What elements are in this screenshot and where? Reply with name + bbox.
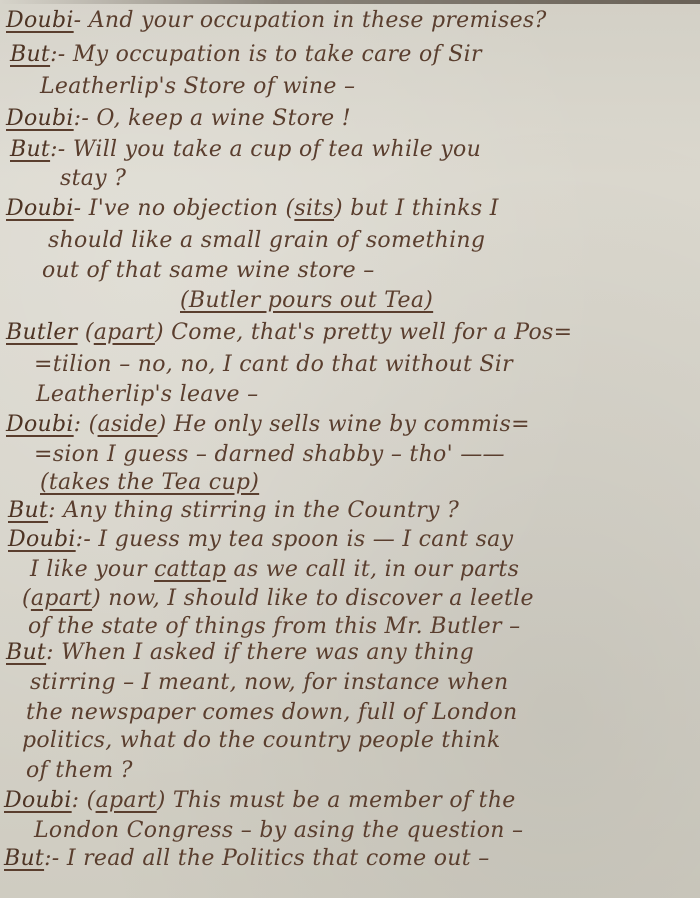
line-text: of the state of things from this Mr. But… bbox=[28, 614, 520, 639]
dialogue-line: But:- Will you take a cup of tea while y… bbox=[10, 137, 481, 162]
dialogue-line: should like a small grain of something bbox=[48, 228, 485, 253]
dialogue-line: =sion I guess – darned shabby – tho' —— bbox=[34, 442, 505, 467]
stage-direction: (takes the Tea cup) bbox=[40, 470, 259, 495]
line-text: I like your bbox=[30, 557, 154, 582]
underlined-word: cattap bbox=[154, 557, 226, 582]
dialogue-line: I like your cattap as we call it, in our… bbox=[30, 557, 519, 582]
dialogue-line: stay ? bbox=[60, 166, 126, 191]
line-text: of them ? bbox=[26, 758, 133, 783]
separator: - bbox=[74, 8, 89, 33]
line-text: ) but I thinks I bbox=[334, 196, 499, 221]
dialogue-line: politics, what do the country people thi… bbox=[22, 728, 500, 753]
speaker-name: Butler bbox=[6, 320, 78, 345]
speaker-name: Doubi bbox=[8, 527, 76, 552]
stage-direction: aside bbox=[98, 412, 158, 437]
manuscript-page: Doubi- And your occupation in these prem… bbox=[0, 0, 700, 898]
paren-open: ( bbox=[22, 586, 31, 611]
line-text: =tilion – no, no, I cant do that without… bbox=[34, 352, 513, 377]
dialogue-line: Doubi- I've no objection (sits) but I th… bbox=[6, 196, 499, 221]
line-text: O, keep a wine Store ! bbox=[96, 106, 350, 131]
line-text: ) This must be a member of the bbox=[157, 788, 516, 813]
line-text: London Congress – by asing the question … bbox=[34, 818, 523, 843]
dialogue-line: But: When I asked if there was any thing bbox=[6, 640, 474, 665]
line-text: And your occupation in these premises? bbox=[89, 8, 547, 33]
separator: :- bbox=[50, 42, 73, 67]
line-text: ) Come, that's pretty well for a Pos= bbox=[155, 320, 572, 345]
speaker-name: Doubi bbox=[6, 412, 74, 437]
line-text: politics, what do the country people thi… bbox=[22, 728, 500, 753]
line-text: stay ? bbox=[60, 166, 126, 191]
dialogue-line: the newspaper comes down, full of London bbox=[26, 700, 517, 725]
line-text: should like a small grain of something bbox=[48, 228, 485, 253]
dialogue-line: =tilion – no, no, I cant do that without… bbox=[34, 352, 513, 377]
line-text: ) He only sells wine by commis= bbox=[158, 412, 530, 437]
separator: :- bbox=[44, 846, 67, 871]
line-text: =sion I guess – darned shabby – tho' —— bbox=[34, 442, 505, 467]
dialogue-line: Leatherlip's Store of wine – bbox=[40, 74, 355, 99]
line-text: My occupation is to take care of Sir bbox=[73, 42, 482, 67]
speaker-name: But bbox=[6, 640, 46, 665]
dialogue-line: Doubi:- O, keep a wine Store ! bbox=[6, 106, 351, 131]
stage-direction-line: (takes the Tea cup) bbox=[40, 470, 259, 495]
dialogue-line: But: Any thing stirring in the Country ? bbox=[8, 498, 459, 523]
dialogue-line: of them ? bbox=[26, 758, 133, 783]
stage-direction: apart bbox=[94, 320, 155, 345]
speaker-name: Doubi bbox=[4, 788, 72, 813]
dialogue-line: Leatherlip's leave – bbox=[36, 382, 258, 407]
line-text: stirring – I meant, now, for instance wh… bbox=[30, 670, 508, 695]
speaker-name: Doubi bbox=[6, 196, 74, 221]
dialogue-line: Doubi:- I guess my tea spoon is — I cant… bbox=[8, 527, 513, 552]
stage-direction-line: (Butler pours out Tea) bbox=[180, 288, 433, 313]
line-text: Any thing stirring in the Country ? bbox=[63, 498, 459, 523]
line-text: now, I should like to discover a leetle bbox=[101, 586, 534, 611]
line-text: I guess my tea spoon is — I cant say bbox=[98, 527, 513, 552]
separator: :- bbox=[74, 106, 97, 131]
line-text: the newspaper comes down, full of London bbox=[26, 700, 517, 725]
stage-direction: apart bbox=[31, 586, 92, 611]
stage-direction: apart bbox=[96, 788, 157, 813]
separator: ( bbox=[78, 320, 94, 345]
separator: - bbox=[74, 196, 89, 221]
speaker-name: Doubi bbox=[6, 106, 74, 131]
dialogue-line: out of that same wine store – bbox=[42, 258, 375, 283]
dialogue-line: But:- I read all the Politics that come … bbox=[4, 846, 490, 871]
line-text: out of that same wine store – bbox=[42, 258, 375, 283]
dialogue-line: Doubi: (aside) He only sells wine by com… bbox=[6, 412, 530, 437]
line-text: I've no objection ( bbox=[89, 196, 295, 221]
line-text: I read all the Politics that come out – bbox=[67, 846, 490, 871]
paren-close: ) bbox=[92, 586, 101, 611]
dialogue-line: of the state of things from this Mr. But… bbox=[28, 614, 520, 639]
line-text: When I asked if there was any thing bbox=[61, 640, 474, 665]
dialogue-line: Doubi: (apart) This must be a member of … bbox=[4, 788, 516, 813]
separator: : ( bbox=[74, 412, 98, 437]
line-text: as we call it, in our parts bbox=[226, 557, 519, 582]
dialogue-line: Butler (apart) Come, that's pretty well … bbox=[6, 320, 572, 345]
line-text: Will you take a cup of tea while you bbox=[73, 137, 481, 162]
dialogue-line: stirring – I meant, now, for instance wh… bbox=[30, 670, 508, 695]
line-text: Leatherlip's Store of wine – bbox=[40, 74, 355, 99]
separator: :- bbox=[50, 137, 73, 162]
separator: :- bbox=[76, 527, 99, 552]
stage-direction: (Butler pours out Tea) bbox=[180, 288, 433, 313]
separator: : ( bbox=[72, 788, 96, 813]
speaker-name: But bbox=[10, 42, 50, 67]
line-text: Leatherlip's leave – bbox=[36, 382, 258, 407]
separator: : bbox=[48, 498, 63, 523]
dialogue-line: Doubi- And your occupation in these prem… bbox=[6, 8, 547, 33]
speaker-name: Doubi bbox=[6, 8, 74, 33]
separator: : bbox=[46, 640, 61, 665]
dialogue-line: But:- My occupation is to take care of S… bbox=[10, 42, 482, 67]
speaker-name: But bbox=[4, 846, 44, 871]
speaker-name: But bbox=[8, 498, 48, 523]
dialogue-line: (apart) now, I should like to discover a… bbox=[22, 586, 534, 611]
page-top-edge-shadow bbox=[0, 0, 700, 4]
speaker-name: But bbox=[10, 137, 50, 162]
dialogue-line: London Congress – by asing the question … bbox=[34, 818, 523, 843]
stage-direction: sits bbox=[294, 196, 334, 221]
